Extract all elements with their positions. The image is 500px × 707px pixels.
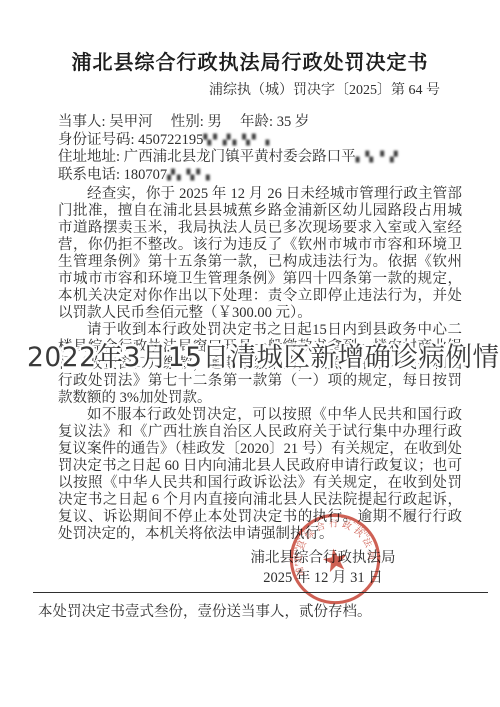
party-info-block: 当事人: 吴甲河 性别: 男 年龄: 35 岁 身份证号码: 450722195… xyxy=(58,114,462,184)
party-phone-line: 联系电话: 180707▞▖▚▘▖ xyxy=(58,167,462,185)
paragraph-facts: 经查实，你于 2025 年 12 月 26 日未经城市管理行政主管部门批准，擅自… xyxy=(58,186,462,322)
official-seal: 浦北县综合行政执法局 PUBEIXIAN ZONGHE XINGZHENG ZH… xyxy=(279,503,390,614)
document-number: 浦综执（城）罚决字〔2025〕第 64 号 xyxy=(0,82,500,100)
phone-label: 联系电话: 180707 xyxy=(58,167,167,183)
party-name-line: 当事人: 吴甲河 性别: 男 年龄: 35 岁 xyxy=(58,114,462,132)
seal-star-icon xyxy=(321,547,348,573)
party-address-line: 住址地址: 广西浦北县龙门镇平黄村委会路口平▖▚ ▘▞ xyxy=(58,149,462,167)
separator-line xyxy=(33,592,488,593)
penalty-decision-document: 浦北县综合行政执法局行政处罚决定书 浦综执（城）罚决字〔2025〕第 64 号 … xyxy=(0,0,500,707)
address-label: 住址地址: 广西浦北县龙门镇平黄村委会路口平 xyxy=(58,149,356,165)
id-label: 身份证号码: 450722195 xyxy=(58,132,203,148)
footer-note: 本处罚决定书壹式叁份，壹份送当事人，贰份存档。 xyxy=(38,600,372,621)
id-redacted-mosaic: ▚▘▞▖▚▘▗ xyxy=(203,135,271,146)
party-id-line: 身份证号码: 450722195▚▘▞▖▚▘▗ xyxy=(58,132,462,150)
paragraph-appeal: 如不服本行政处罚决定，可以按照《中华人民共和国行政复议法》和《广西壮族自治区人民… xyxy=(58,407,462,543)
watermark-overlay-text: 2022年3月15日清城区新增确诊病例情况 xyxy=(27,341,500,375)
address-redacted-mosaic: ▖▚ ▘▞ xyxy=(356,152,400,163)
phone-redacted-mosaic: ▞▖▚▘▖ xyxy=(167,170,215,181)
document-title: 浦北县综合行政执法局行政处罚决定书 xyxy=(0,0,500,76)
